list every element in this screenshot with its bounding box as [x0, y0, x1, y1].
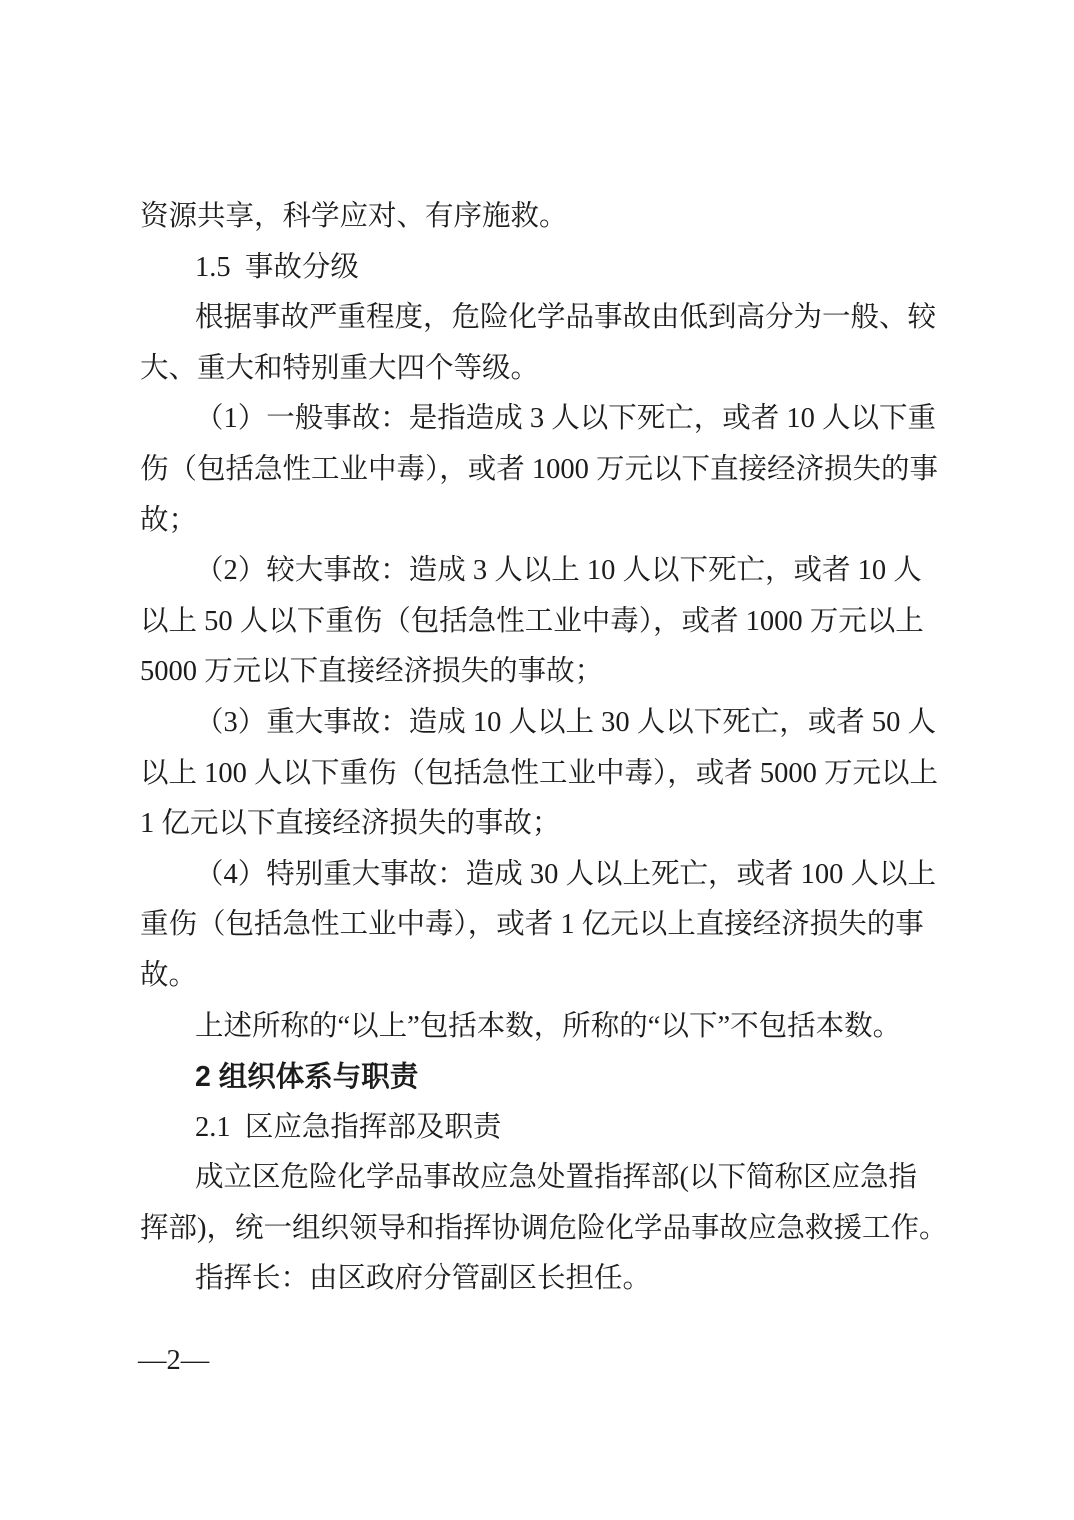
- paragraph-line-item-4: （4）特别重大事故：造成 30 人以上死亡，或者 100 人以上: [140, 850, 940, 901]
- paragraph-line-item-3: （3）重大事故：造成 10 人以上 30 人以下死亡，或者 50 人: [140, 698, 940, 749]
- paragraph-line: 指挥长：由区政府分管副区长担任。: [140, 1254, 940, 1305]
- paragraph-line: 故。: [140, 951, 940, 1002]
- paragraph-line: 大、重大和特别重大四个等级。: [140, 344, 940, 395]
- document-body: 资源共享，科学应对、有序施救。 1.5 事故分级 根据事故严重程度，危险化学品事…: [140, 192, 940, 1305]
- paragraph-line: 故；: [140, 496, 940, 547]
- paragraph-line: 上述所称的“以上”包括本数，所称的“以下”不包括本数。: [140, 1002, 940, 1053]
- heading-1-5: 1.5 事故分级: [140, 243, 940, 294]
- paragraph-line: 资源共享，科学应对、有序施救。: [140, 192, 940, 243]
- paragraph-line: 成立区危险化学品事故应急处置指挥部(以下简称区应急指: [140, 1153, 940, 1204]
- paragraph-line-item-2: （2）较大事故：造成 3 人以上 10 人以下死亡，或者 10 人: [140, 546, 940, 597]
- paragraph-line: 挥部)，统一组织领导和指挥协调危险化学品事故应急救援工作。: [140, 1204, 940, 1255]
- paragraph-line: 重伤（包括急性工业中毒），或者 1 亿元以上直接经济损失的事: [140, 900, 940, 951]
- heading-2: 2 组织体系与职责: [140, 1052, 940, 1103]
- paragraph-line: 根据事故严重程度，危险化学品事故由低到高分为一般、较: [140, 293, 940, 344]
- paragraph-line: 1 亿元以下直接经济损失的事故；: [140, 799, 940, 850]
- document-page: 资源共享，科学应对、有序施救。 1.5 事故分级 根据事故严重程度，危险化学品事…: [0, 0, 1074, 1520]
- paragraph-line: 5000 万元以下直接经济损失的事故；: [140, 647, 940, 698]
- paragraph-line: 伤（包括急性工业中毒），或者 1000 万元以下直接经济损失的事: [140, 445, 940, 496]
- page-number: —2—: [138, 1345, 209, 1377]
- paragraph-line-item-1: （1）一般事故：是指造成 3 人以下死亡，或者 10 人以下重: [140, 394, 940, 445]
- paragraph-line: 以上 100 人以下重伤（包括急性工业中毒），或者 5000 万元以上: [140, 749, 940, 800]
- heading-2-1: 2.1 区应急指挥部及职责: [140, 1103, 940, 1154]
- paragraph-line: 以上 50 人以下重伤（包括急性工业中毒），或者 1000 万元以上: [140, 597, 940, 648]
